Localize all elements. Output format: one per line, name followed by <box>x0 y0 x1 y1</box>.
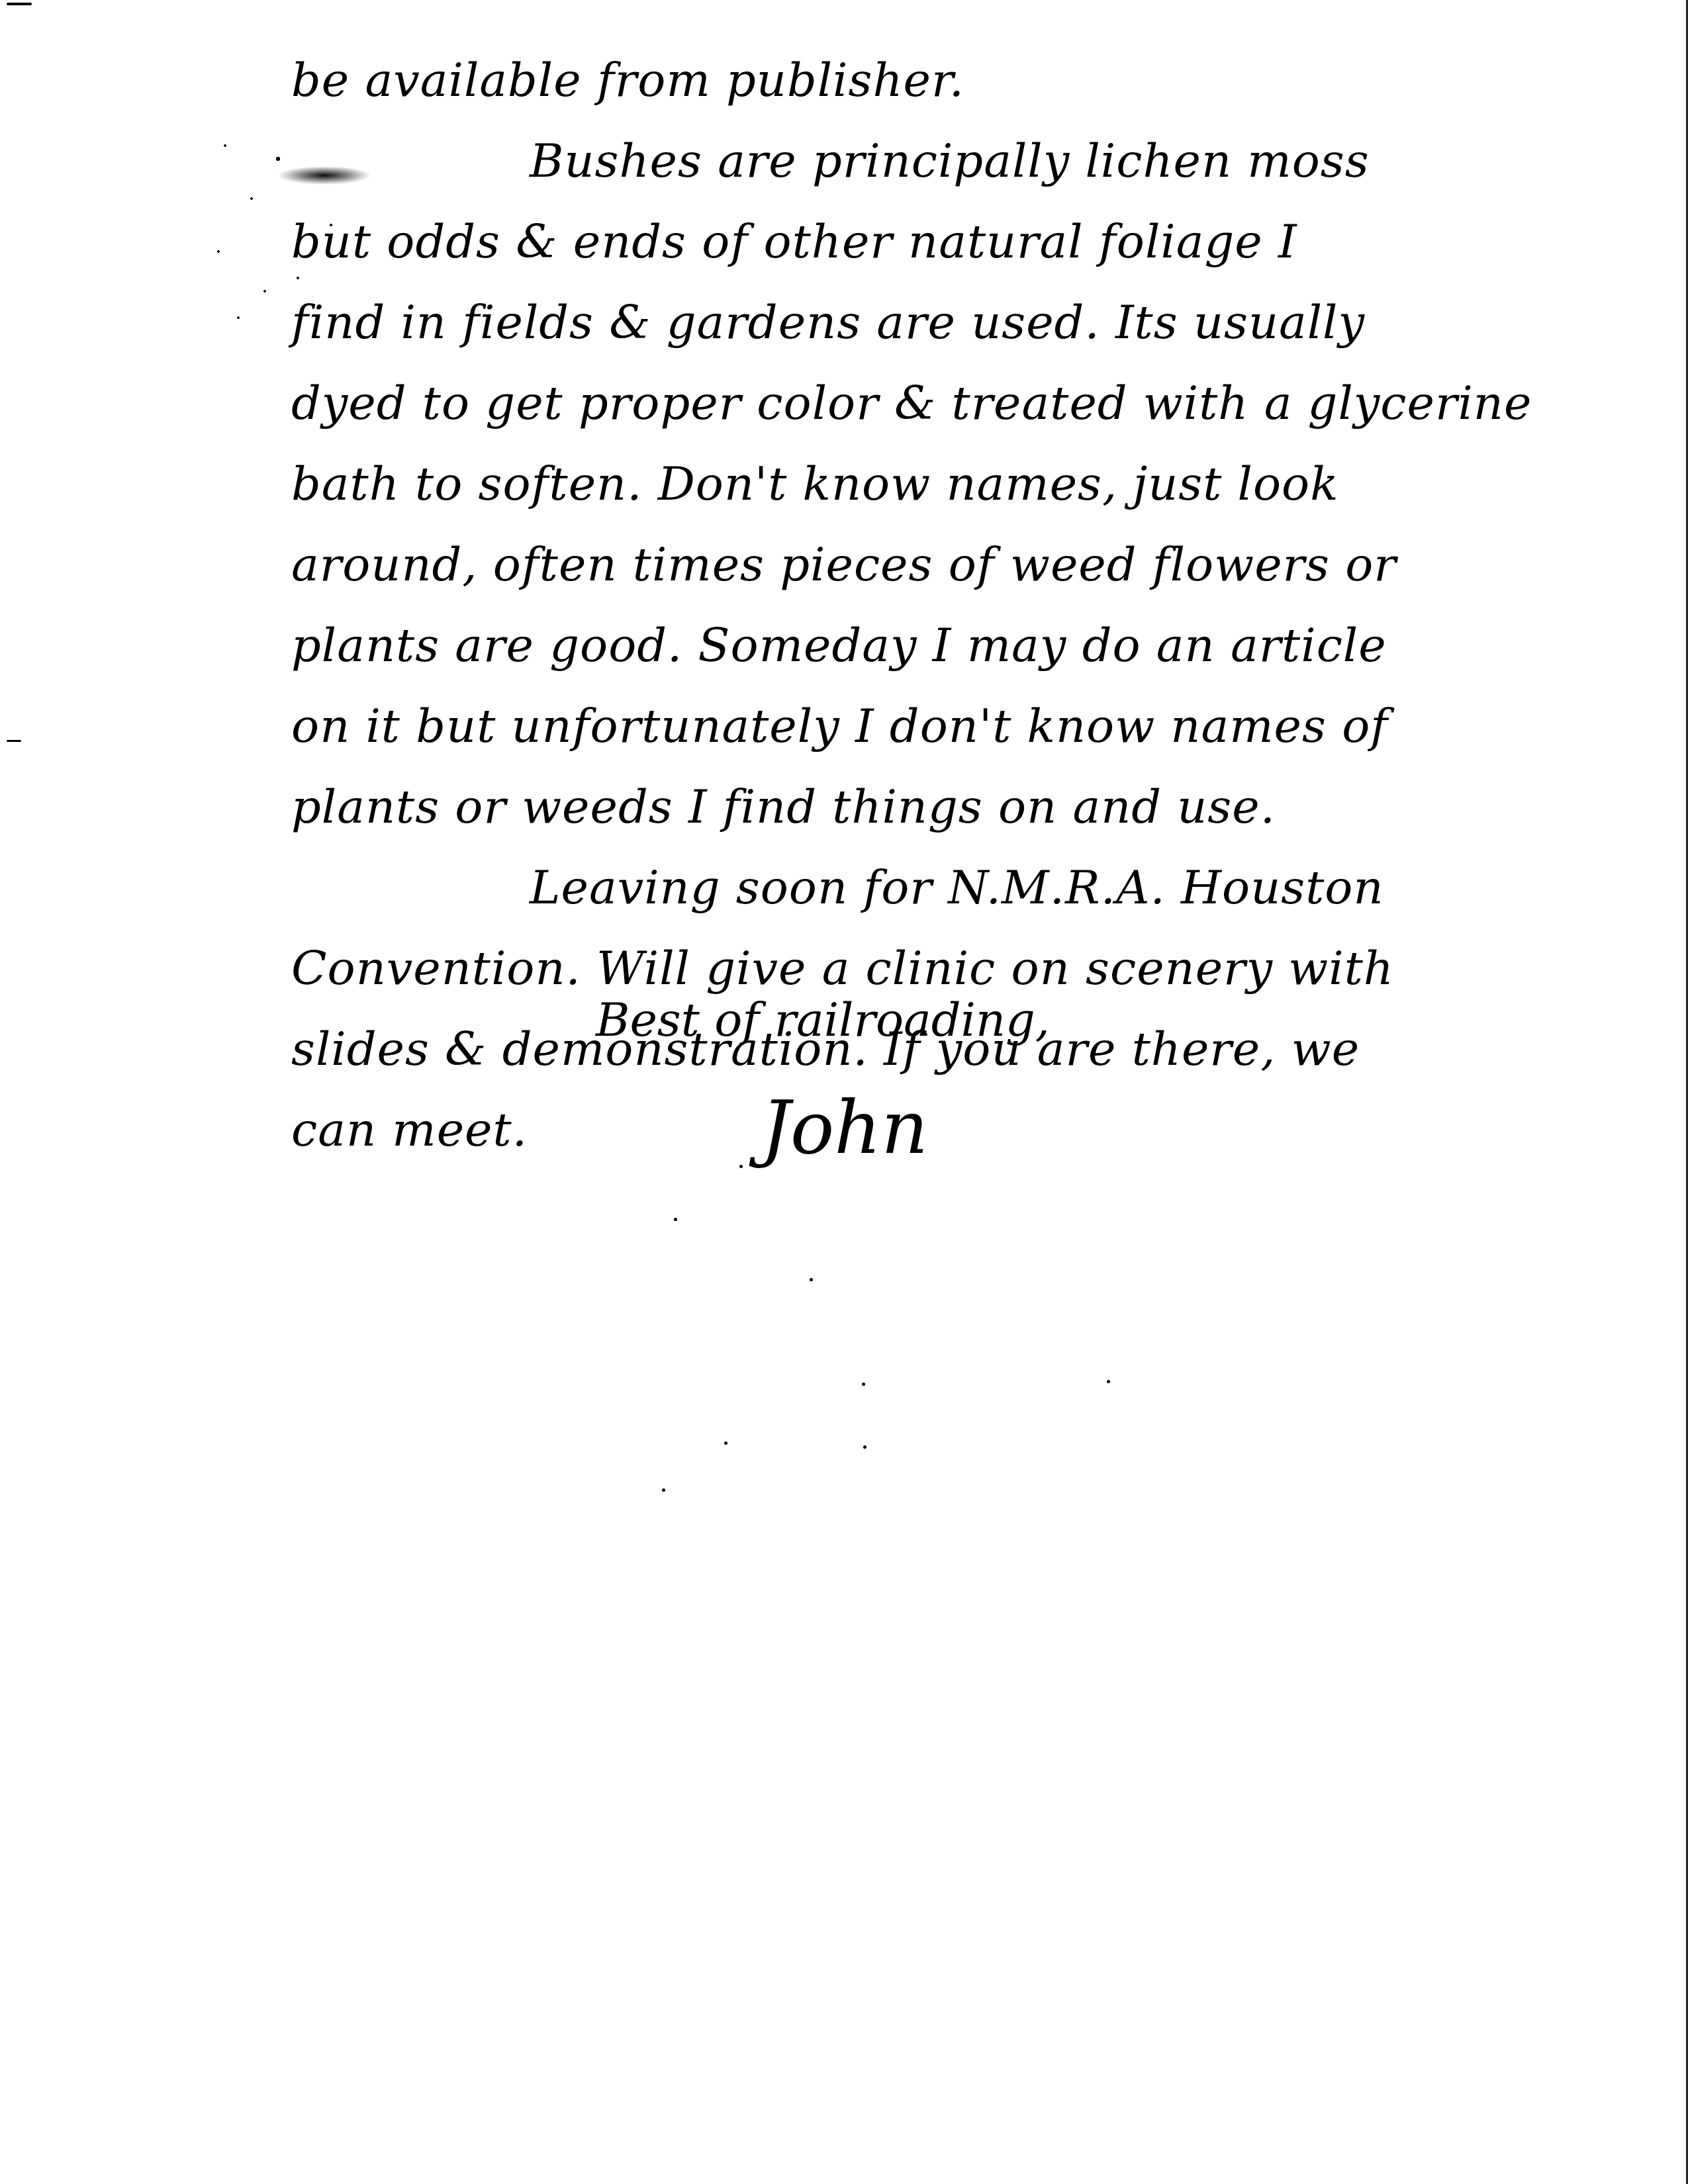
scan-speck <box>863 1445 867 1449</box>
letter-line: around, often times pieces of weed flowe… <box>291 524 1642 605</box>
letter-line: can meet. <box>291 1089 1642 1170</box>
scan-speck <box>662 1488 665 1492</box>
scan-speck <box>674 1218 677 1221</box>
letter-line: Bushes are principally lichen moss <box>291 120 1642 201</box>
margin-tick-mark <box>7 3 32 5</box>
margin-tick-mark <box>7 740 21 742</box>
letter-line: plants are good. Someday I may do an art… <box>291 605 1642 686</box>
scan-speck <box>739 1165 743 1168</box>
letter-line: Leaving soon for N.M.R.A. Houston <box>291 847 1642 928</box>
letter-page: be available from publisher. Bushes are … <box>0 0 1688 2184</box>
letter-line: be available from publisher. <box>291 40 1642 120</box>
signature: John <box>761 1085 928 1170</box>
letter-line: but odds & ends of other natural foliage… <box>291 201 1642 282</box>
letter-line: on it but unfortunately I don't know nam… <box>291 686 1642 766</box>
letter-line: dyed to get proper color & treated with … <box>291 363 1642 443</box>
scan-speck <box>724 1441 727 1445</box>
letter-line: find in fields & gardens are used. Its u… <box>291 282 1642 363</box>
letter-line: bath to soften. Don't know names, just l… <box>291 443 1642 524</box>
scan-speck <box>1107 1380 1110 1383</box>
letter-line: plants or weeds I find things on and use… <box>291 766 1642 847</box>
scan-speck <box>810 1278 813 1281</box>
scan-speck <box>862 1383 865 1386</box>
letter-closing: Best of railroading, <box>596 993 1050 1047</box>
